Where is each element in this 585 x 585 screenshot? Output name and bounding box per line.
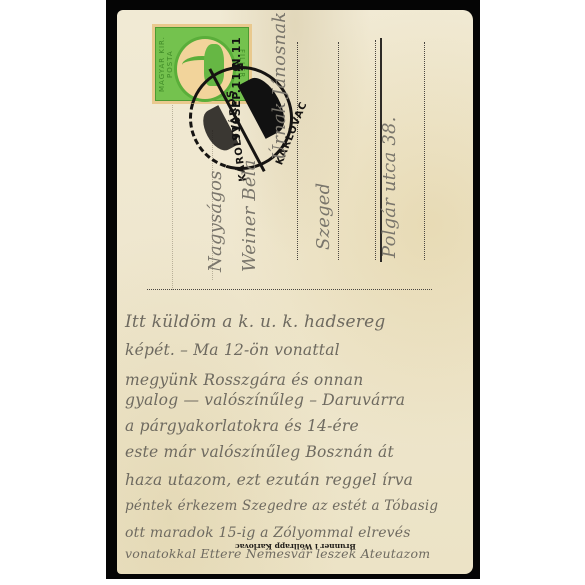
address-line-5: Polgár utca 38. [379, 116, 400, 258]
address-line [297, 42, 298, 260]
message-line: péntek érkezem Szegedre az estét a Tóbas… [125, 498, 438, 514]
address-line [338, 42, 339, 260]
postmark-date: 910SEP.11.N.11 [230, 61, 243, 141]
message-line: haza utazom, ezt ezután reggel írva [125, 471, 413, 489]
message-line: gyalog — valószínűleg – Daruvárra [125, 391, 405, 409]
message-divider-line [147, 289, 432, 290]
address-line-2: Weiner Béla [239, 159, 260, 272]
address-line-3: Úrnak Jánosnak [269, 12, 290, 160]
address-line [424, 42, 425, 260]
address-line [375, 40, 376, 260]
message-line: Itt küldöm a k. u. k. hadsereg [125, 312, 385, 332]
message-line: a párgyakorlatokra és 14-ére [125, 417, 359, 435]
message-line: este már valószínűleg Bosznán át [125, 443, 394, 461]
publisher-imprint: Brunner i Wollrapp Karlovac [235, 542, 356, 551]
message-line: képét. – Ma 12-ön vonattal [125, 341, 340, 359]
stamp-country-text: MAGYAR KIR. POSTA [158, 32, 172, 96]
message-line: megyünk Rosszgára és onnan [125, 371, 363, 389]
address-line-1: Nagyságos [205, 170, 226, 272]
message-line: ott maradok 15-ig a Zólyommal elrevés [125, 525, 411, 541]
address-line-4: Szeged [313, 183, 334, 250]
postcard: MAGYAR KIR. POSTA FILLÉR 5 KÁROLYVÁROS 9… [117, 10, 473, 574]
